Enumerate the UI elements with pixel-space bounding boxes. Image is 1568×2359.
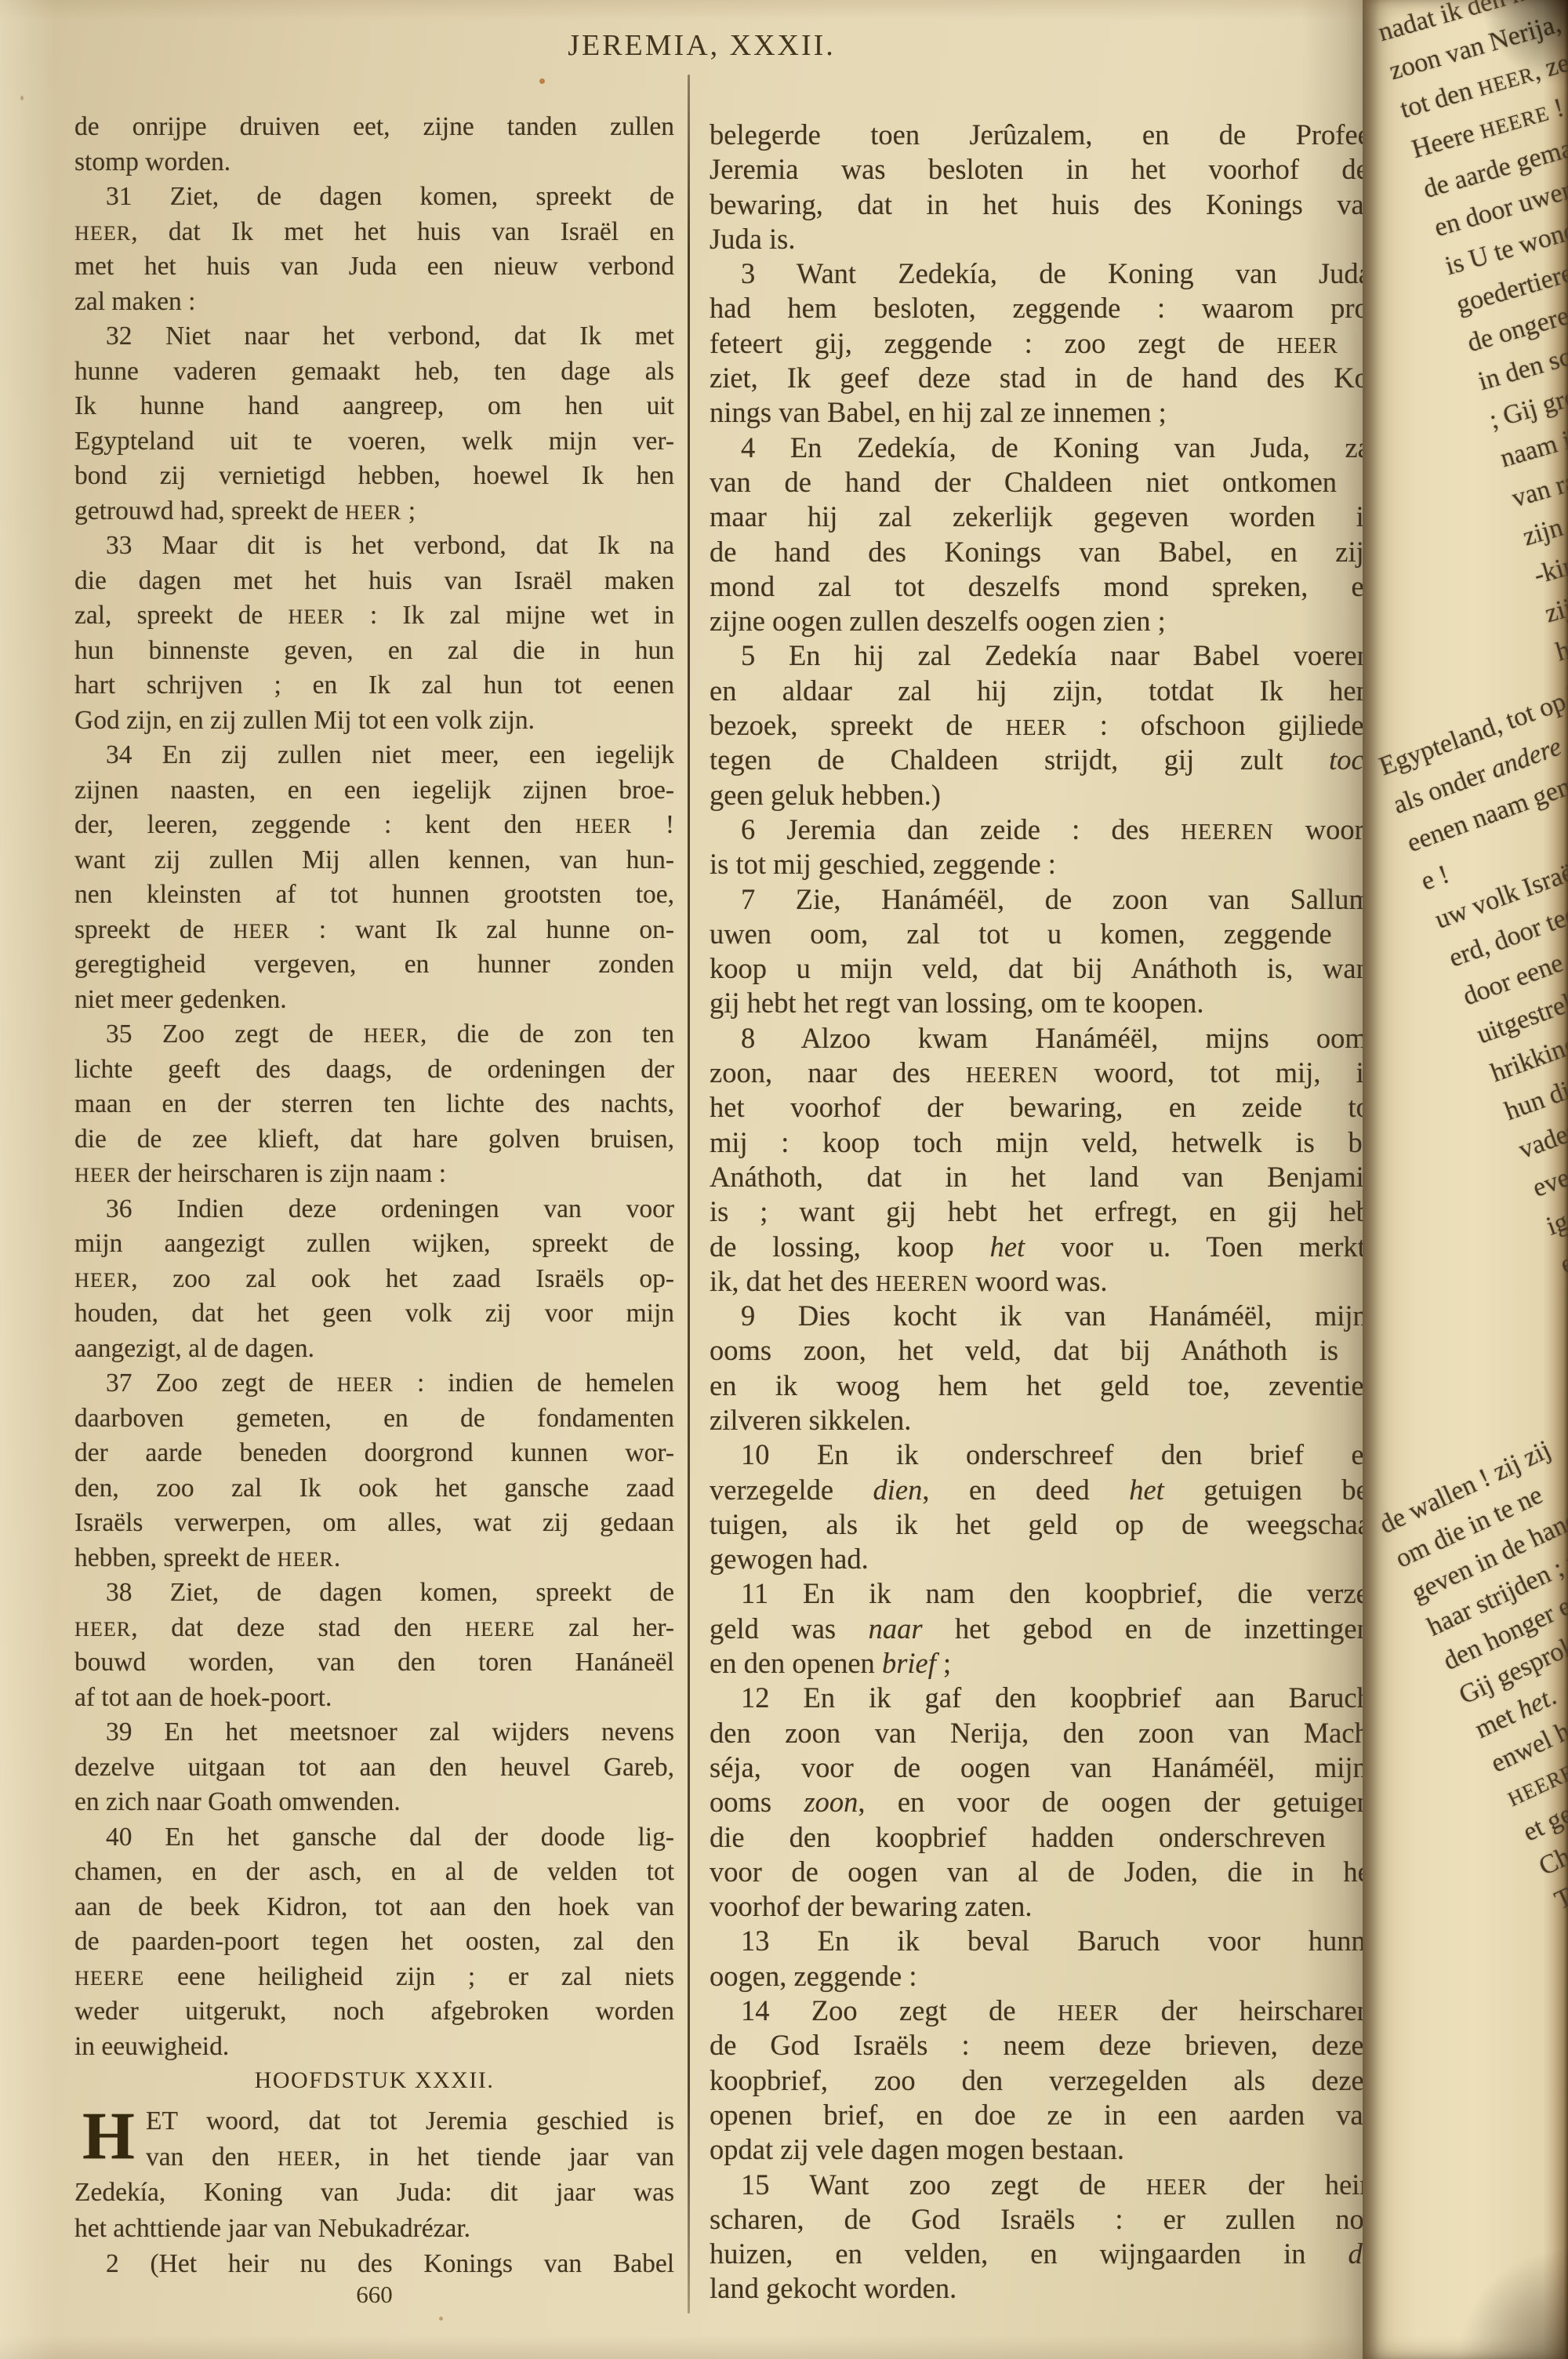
text-line: feteert gij, zeggende : zoo zegt de HEER… bbox=[710, 326, 1378, 361]
page-header: JEREMIA, XXXII. bbox=[0, 28, 1403, 69]
text-line: 4 En Zedekía, de Koning van Juda, zal bbox=[710, 431, 1378, 465]
text-line: zal maken : bbox=[74, 285, 674, 320]
adjacent-page-edge: nadat ik den koopbzoon van Nerija,tot de… bbox=[1363, 0, 1568, 2359]
chapter-opening: H ET woord, dat tot Jeremia geschied isv… bbox=[74, 2103, 674, 2282]
text-line: houden, dat het geen volk zij voor mijn bbox=[74, 1296, 674, 1332]
italic-word: naar bbox=[869, 1612, 923, 1645]
chapter-text-line: ET woord, dat tot Jeremia geschied is bbox=[146, 2103, 674, 2139]
small-caps-word: HEER bbox=[1475, 62, 1537, 100]
book-page: JEREMIA, XXXII. de onrijpe druiven eet, … bbox=[0, 0, 1568, 2359]
edge-text-block: Egypteland, tot opals onder andereeenen … bbox=[1374, 620, 1568, 1478]
small-caps-word: HEER bbox=[345, 501, 401, 524]
text-line: de lossing, koop het voor u. Toen merkte bbox=[710, 1230, 1378, 1264]
text-line: Ik hunne hand aangreep, om hen uit bbox=[74, 389, 674, 424]
italic-word: het bbox=[990, 1230, 1025, 1263]
text-line: Israëls verwerpen, om alles, wat zij ged… bbox=[74, 1506, 674, 1541]
text-line: 14 Zoo zegt de HEER der heirscharen, bbox=[710, 1994, 1378, 2028]
drop-cap: H bbox=[82, 2103, 139, 2174]
text-line: aan de beek Kidron, tot aan den hoek van bbox=[74, 1890, 674, 1925]
small-caps-word: HEER bbox=[288, 605, 344, 628]
text-line: nings van Babel, en hij zal ze innemen ; bbox=[710, 395, 1378, 430]
small-caps-word: HEEREN bbox=[966, 1063, 1058, 1088]
text-line: hunne vaderen gemaakt heb, ten dage als bbox=[74, 354, 674, 390]
text-line: de onrijpe druiven eet, zijne tanden zul… bbox=[74, 110, 674, 145]
text-line: die de zee klieft, dat hare golven bruis… bbox=[74, 1122, 674, 1158]
small-caps-word: HEER bbox=[234, 920, 290, 943]
text-line: gewogen had. bbox=[710, 1542, 1378, 1576]
small-caps-word: HEER bbox=[74, 1164, 131, 1187]
text-line: 8 Alzoo kwam Hanáméël, mijns ooms bbox=[710, 1021, 1378, 1056]
small-caps-word: HEER bbox=[74, 1618, 131, 1641]
small-caps-word: HEER bbox=[278, 2147, 334, 2170]
text-line: stomp worden. bbox=[74, 145, 674, 180]
text-line: geen geluk hebben.) bbox=[710, 778, 1378, 812]
text-line: en aldaar zal hij zijn, totdat Ik hem bbox=[710, 674, 1378, 708]
small-caps-word: HEERE bbox=[465, 1618, 535, 1641]
text-line: 36 Indien deze ordeningen van voor bbox=[74, 1192, 674, 1227]
italic-word: brief bbox=[882, 1647, 936, 1679]
text-line: nen kleinsten af tot hunnen grootsten to… bbox=[74, 878, 674, 913]
text-line: ik, dat het des HEEREN woord was. bbox=[710, 1264, 1378, 1299]
text-line: 13 En ik beval Baruch voor hunne bbox=[710, 1924, 1378, 1958]
text-line: 35 Zoo zegt de HEER, die de zon ten bbox=[74, 1017, 674, 1052]
text-line: ooms zoon, en voor de oogen der getuigen… bbox=[710, 1785, 1378, 1819]
text-line: niet meer gedenken. bbox=[74, 983, 674, 1018]
text-line: ziet, Ik geef deze stad in de hand des K… bbox=[710, 361, 1378, 395]
text-line: den, zoo zal Ik ook het gansche zaad bbox=[74, 1471, 674, 1507]
text-line: af tot aan de hoek-poort. bbox=[74, 1681, 674, 1716]
text-line: koopbrief, zoo den verzegelden als dezen bbox=[710, 2063, 1378, 2098]
text-line: bouwd worden, van den toren Hanáneël bbox=[74, 1645, 674, 1681]
foxing-spot bbox=[539, 78, 545, 84]
text-line: huizen, en velden, en wijngaarden in dit bbox=[710, 2237, 1378, 2271]
page-number: 660 bbox=[74, 2281, 674, 2309]
text-line: 15 Want zoo zegt de HEER der heir- bbox=[710, 2168, 1378, 2202]
small-caps-word: HEER bbox=[74, 222, 131, 245]
text-line: 31 Ziet, de dagen komen, spreekt de bbox=[74, 180, 674, 215]
left-column: de onrijpe druiven eet, zijne tanden zul… bbox=[74, 110, 674, 2064]
text-line: HEER, zoo zal ook het zaad Israëls op- bbox=[74, 1262, 674, 1297]
text-line: getrouwd had, spreekt de HEER ; bbox=[74, 494, 674, 529]
text-line: 37 Zoo zegt de HEER : indien de hemelen bbox=[74, 1366, 674, 1401]
text-line: 39 En het meetsnoer zal wijders nevens bbox=[74, 1715, 674, 1750]
italic-word: zoon bbox=[804, 1786, 858, 1818]
text-line: HEER der heirscharen is zijn naam : bbox=[74, 1157, 674, 1192]
text-line: ooms zoon, het veld, dat bij Anáthoth is… bbox=[710, 1333, 1378, 1368]
text-line: die den koopbrief hadden onderschreven ; bbox=[710, 1820, 1378, 1855]
foxing-spot bbox=[439, 2317, 443, 2321]
text-line: is ; want gij hebt het erfregt, en gij h… bbox=[710, 1194, 1378, 1229]
text-line: tegen de Chaldeen strijdt, gij zult toch bbox=[710, 743, 1378, 777]
text-line: en ik woog hem het geld toe, zeventien bbox=[710, 1369, 1378, 1403]
text-line: 32 Niet naar het verbond, dat Ik met bbox=[74, 319, 674, 354]
text-line: 34 En zij zullen niet meer, een iegelijk bbox=[74, 738, 674, 773]
text-line: 11 En ik nam den koopbrief, die verze- bbox=[710, 1576, 1378, 1611]
text-line: aangezigt, al de dagen. bbox=[74, 1332, 674, 1367]
text-line: is tot mij geschied, zeggende : bbox=[710, 847, 1378, 881]
text-line: 38 Ziet, de dagen komen, spreekt de bbox=[74, 1576, 674, 1611]
text-line: maar hij zal zekerlijk gegeven worden in bbox=[710, 500, 1378, 534]
text-line: weder uitgerukt, noch afgebroken worden bbox=[74, 1994, 674, 2030]
text-line: Anáthoth, dat in het land van Benjamin bbox=[710, 1160, 1378, 1194]
small-caps-word: HEER bbox=[575, 815, 632, 838]
text-line: openen brief, en doe ze in een aarden va… bbox=[710, 2098, 1378, 2132]
text-line: 12 En ik gaf den koopbrief aan Baruch, bbox=[710, 1681, 1378, 1715]
text-line: 9 Dies kocht ik van Hanáméël, mijns bbox=[710, 1299, 1378, 1333]
text-line: HEERE eene heiligheid zijn ; er zal niet… bbox=[74, 1960, 674, 1995]
small-caps-word: HEER bbox=[1058, 2001, 1119, 2026]
text-line: opdat zij vele dagen mogen bestaan. bbox=[710, 2132, 1378, 2167]
text-line: Jeremia was besloten in het voorhof der bbox=[710, 152, 1378, 187]
text-line: der, leeren, zeggende : kent den HEER ! bbox=[74, 808, 674, 843]
text-line: bezoek, spreekt de HEER : ofschoon gijli… bbox=[710, 708, 1378, 743]
text-line: Egypteland uit te voeren, welk mijn ver- bbox=[74, 424, 674, 460]
text-line: geregtigheid vergeven, en hunner zonden bbox=[74, 947, 674, 983]
italic-word: dien bbox=[873, 1474, 923, 1506]
text-line: land gekocht worden. bbox=[710, 2271, 1378, 2306]
text-line: de paarden-poort tegen het oosten, zal d… bbox=[74, 1925, 674, 1960]
text-line: lichte geeft des daags, de ordeningen de… bbox=[74, 1052, 674, 1088]
text-line: in eeuwigheid. bbox=[74, 2030, 674, 2065]
text-line: belegerde toen Jerûzalem, en de Profeet bbox=[710, 118, 1378, 152]
right-column: belegerde toen Jerûzalem, en de ProfeetJ… bbox=[710, 118, 1378, 2306]
text-line: 7 Zie, Hanáméël, de zoon van Sallum, bbox=[710, 882, 1378, 917]
text-line: bewaring, dat in het huis des Konings va… bbox=[710, 187, 1378, 222]
text-line: mij : koop toch mijn veld, hetwelk is bi… bbox=[710, 1125, 1378, 1160]
text-line: 5 En hij zal Zedekía naar Babel voeren, bbox=[710, 638, 1378, 673]
text-line: had hem besloten, zeggende : waarom pro- bbox=[710, 291, 1378, 325]
text-line: verzegelde dien, en deed het getuigen be… bbox=[710, 1473, 1378, 1507]
text-line: zoon, naar des HEEREN woord, tot mij, in bbox=[710, 1056, 1378, 1090]
text-line: die dagen met het huis van Israël maken bbox=[74, 564, 674, 599]
text-line: 6 Jeremia dan zeide : des HEEREN woord bbox=[710, 812, 1378, 847]
text-line: zal, spreekt de HEER : Ik zal mijne wet … bbox=[74, 598, 674, 634]
chapter-text-line: 2 (Het heir nu des Konings van Babel bbox=[74, 2246, 674, 2282]
text-line: van de hand der Chaldeen niet ontkomen ; bbox=[710, 465, 1378, 500]
text-line: maan en der sterren ten lichte des nacht… bbox=[74, 1087, 674, 1122]
text-line: zilveren sikkelen. bbox=[710, 1403, 1378, 1438]
text-line: God zijn, en zij zullen Mij tot een volk… bbox=[74, 703, 674, 739]
small-caps-word: HEERE bbox=[74, 1967, 144, 1990]
text-line: chamen, en der asch, en al de velden tot bbox=[74, 1855, 674, 1890]
text-line: daarboven gemeten, en de fondamenten bbox=[74, 1401, 674, 1437]
edge-text-block: nadat ik den koopbzoon van Nerija,tot de… bbox=[1374, 0, 1568, 711]
chapter-heading: HOOFDSTUK XXXII. bbox=[74, 2067, 674, 2094]
small-caps-word: HEER bbox=[1006, 716, 1067, 740]
small-caps-word: HEER bbox=[364, 1024, 420, 1047]
small-caps-word: HEER bbox=[278, 1548, 334, 1571]
small-caps-word: HEER bbox=[1146, 2175, 1207, 2200]
column-divider bbox=[688, 75, 690, 2314]
chapter-text-line: het achttiende jaar van Nebukadrézar. bbox=[74, 2211, 674, 2247]
text-line: want zij zullen Mij allen kennen, van hu… bbox=[74, 843, 674, 878]
text-line: HEER, dat Ik met het huis van Israël en bbox=[74, 215, 674, 250]
text-line: hun binnenste geven, en zal die in hun bbox=[74, 634, 674, 669]
text-line: bond zij vernietigd hebben, hoewel Ik he… bbox=[74, 459, 674, 494]
text-line: de hand des Konings van Babel, en zijn bbox=[710, 535, 1378, 569]
text-line: dezelve uitgaan tot aan den heuvel Gareb… bbox=[74, 1750, 674, 1786]
text-line: hart schrijven ; en Ik zal hun tot eenen bbox=[74, 668, 674, 703]
text-line: spreekt de HEER : want Ik zal hunne on- bbox=[74, 913, 674, 948]
text-line: gij hebt het regt van lossing, om te koo… bbox=[710, 986, 1378, 1020]
text-line: HEER, dat deze stad den HEERE zal her- bbox=[74, 1611, 674, 1646]
text-line: oogen, zeggende : bbox=[710, 1959, 1378, 1994]
text-line: koop u mijn veld, dat bij Anáthoth is, w… bbox=[710, 951, 1378, 986]
text-line: 3 Want Zedekía, de Koning van Juda, bbox=[710, 256, 1378, 291]
small-caps-word: HEER bbox=[74, 1269, 131, 1292]
text-line: en zich naar Goath omwenden. bbox=[74, 1785, 674, 1820]
text-line: den zoon van Nerija, den zoon van Mach- bbox=[710, 1716, 1378, 1750]
text-line: séja, voor de oogen van Hanáméël, mijns bbox=[710, 1750, 1378, 1785]
text-line: mond zal tot deszelfs mond spreken, en bbox=[710, 569, 1378, 604]
text-line: tuigen, als ik het geld op de weegschaal bbox=[710, 1507, 1378, 1542]
text-line: 10 En ik onderschreef den brief en bbox=[710, 1438, 1378, 1472]
text-line: 33 Maar dit is het verbond, dat Ik na bbox=[74, 529, 674, 564]
text-line: met het huis van Juda een nieuw verbond bbox=[74, 249, 674, 285]
text-line: de God Israëls : neem deze brieven, deze… bbox=[710, 2028, 1378, 2063]
text-line: zijnen naasten, en een iegelijk zijnen b… bbox=[74, 773, 674, 809]
small-caps-word: HEER bbox=[337, 1373, 394, 1396]
edge-text-block: de wallen ! zij zijom die in te negeven … bbox=[1374, 1350, 1568, 2359]
small-caps-word: HEEREN bbox=[876, 1272, 968, 1296]
text-line: Juda is. bbox=[710, 222, 1378, 256]
text-line: en den openen brief ; bbox=[710, 1646, 1378, 1681]
text-line: zijne oogen zullen deszelfs oogen zien ; bbox=[710, 604, 1378, 638]
chapter-text-line: Zedekía, Koning van Juda: dit jaar was bbox=[74, 2175, 674, 2211]
text-line: het voorhof der bewaring, en zeide tot bbox=[710, 1090, 1378, 1125]
text-line: scharen, de God Israëls : er zullen nog bbox=[710, 2202, 1378, 2237]
chapter-text-line: van den HEER, in het tiende jaar van bbox=[146, 2139, 674, 2175]
foxing-spot bbox=[20, 96, 24, 100]
text-line: hebben, spreekt de HEER. bbox=[74, 1541, 674, 1576]
small-caps-word: HEEREN bbox=[1181, 820, 1273, 845]
text-line: 40 En het gansche dal der doode lig- bbox=[74, 1820, 674, 1856]
text-line: uwen oom, zal tot u komen, zeggende : bbox=[710, 917, 1378, 951]
text-line: mijn aangezigt zullen wijken, spreekt de bbox=[74, 1227, 674, 1262]
italic-word: het bbox=[1129, 1474, 1164, 1506]
text-line: der aarde beneden doorgrond kunnen wor- bbox=[74, 1436, 674, 1471]
text-line: voor de oogen van al de Joden, die in he… bbox=[710, 1855, 1378, 1889]
text-line: geld was naar het gebod en de inzettinge… bbox=[710, 1612, 1378, 1646]
text-line: voorhof der bewaring zaten. bbox=[710, 1889, 1378, 1924]
